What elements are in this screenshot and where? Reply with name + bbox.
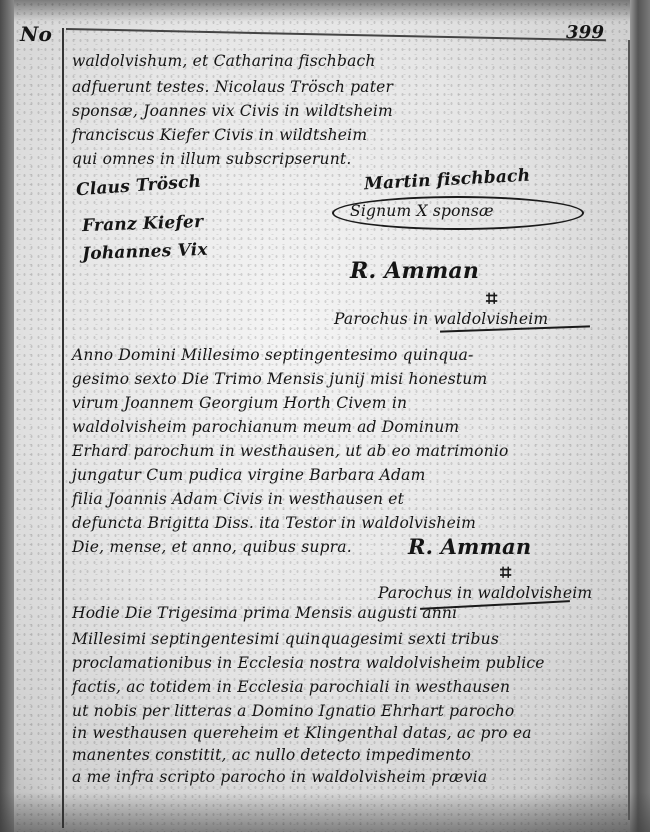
entry-2-priest-title: Parochus in waldolvisheim [378,584,592,602]
entry-2-priest-signature: R. Amman [408,534,531,559]
page-bottom-shadow [0,792,650,832]
priest-title: Parochus in waldolvisheim [334,310,548,328]
entry-2-line: waldolvisheim parochianum meum ad Dominu… [72,418,459,436]
priest-paraph-icon: ⌗ [486,286,497,310]
entry-2-line: filia Joannis Adam Civis in westhausen e… [72,490,404,508]
entry-1-line: qui omnes in illum subscripserunt. [72,150,351,168]
entry-3-line: proclamationibus in Ecclesia nostra wald… [72,654,545,672]
right-margin-rule [628,40,630,820]
entry-3-line: a me infra scripto parocho in waldolvish… [72,768,487,786]
left-margin-rule [62,28,64,828]
entry-1-line: franciscus Kiefer Civis in wildtsheim [72,126,367,144]
entry-3-line: Millesimi septingentesimi quinquagesimi … [72,630,499,648]
witness-signature: Johannes Vix [82,240,208,264]
entry-3-line: factis, ac totidem in Ecclesia parochial… [72,678,510,696]
entry-2-line: Die, mense, et anno, quibus supra. [72,538,352,556]
entry-3-line: ut nobis per litteras a Domino Ignatio E… [72,702,514,720]
entry-2-line: jungatur Cum pudica virgine Barbara Adam [72,466,426,484]
entry-2-line: virum Joannem Georgium Horth Civem in [72,394,407,412]
entry-2-line: Anno Domini Millesimo septingentesimo qu… [72,346,473,364]
entry-2-paraph-icon: ⌗ [500,560,511,584]
entry-3-line: in westhausen quereheim et Klingenthal d… [72,724,532,742]
entry-1-line: waldolvishum, et Catharina fischbach [72,52,376,70]
page-right-edge [630,0,650,832]
entry-3-line: manentes constitit, ac nullo detecto imp… [72,746,471,764]
witness-signature: Franz Kiefer [82,212,204,236]
entry-3-line: Hodie Die Trigesima prima Mensis augusti… [72,604,457,622]
bride-mark: Signum X sponsæ [350,202,494,220]
witness-signature: Claus Trösch [75,172,201,201]
entry-2-line: defuncta Brigitta Diss. ita Testor in wa… [72,514,476,532]
priest-signature: R. Amman [350,258,479,284]
groom-signature: Martin fischbach [364,166,531,195]
page-number: 399 [566,22,604,43]
top-rule [66,28,606,41]
register-page-scan: No 399 waldolvishum, et Catharina fischb… [0,0,650,832]
margin-number: No [20,22,52,46]
entry-2-line: Erhard parochum in westhausen, ut ab eo … [72,442,509,460]
page-top-shadow [0,0,650,22]
entry-1-line: adfuerunt testes. Nicolaus Trösch pater [72,78,393,96]
entry-2-line: gesimo sexto Die Trimo Mensis junij misi… [72,370,487,388]
entry-1-line: sponsæ, Joannes vix Civis in wildtsheim [72,102,393,120]
page-left-edge [0,0,14,832]
